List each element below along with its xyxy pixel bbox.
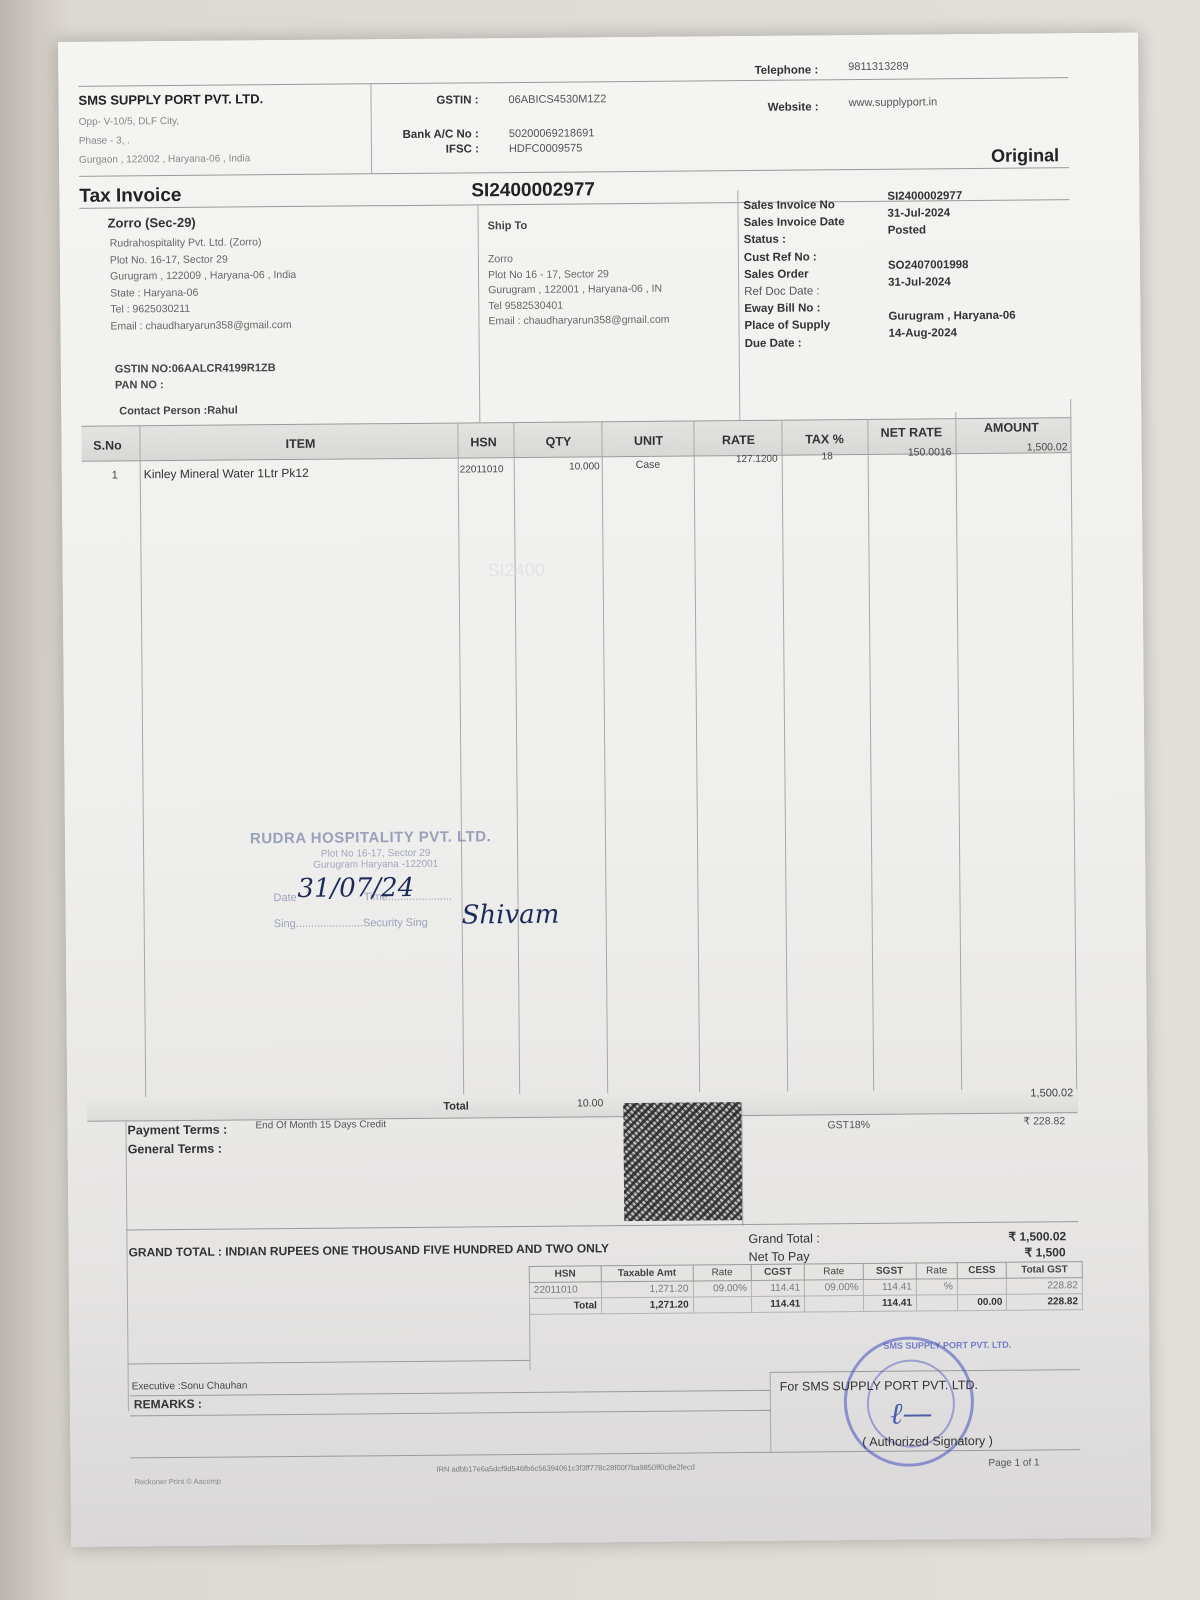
gst-rate-label: GST18%	[827, 1119, 870, 1131]
company-address-line: Opp- V-10/5, DLF City,	[79, 111, 250, 131]
ship-to-email: Email : chaudharyarun358@gmail.com	[488, 313, 669, 330]
meta-label: Due Date :	[745, 335, 846, 353]
company-telephone: 9811313289	[848, 61, 908, 74]
qr-code	[623, 1102, 742, 1221]
gst-cell: 1,271.20	[601, 1281, 693, 1298]
sales-order: SO2407001998	[888, 256, 1015, 274]
status-value: Posted	[888, 222, 1015, 240]
gst-col-rate: Rate	[916, 1263, 957, 1279]
qr-divider	[741, 1102, 743, 1226]
handwritten-date: 31/07/24	[297, 873, 414, 904]
gst-cell: 09.00%	[693, 1280, 752, 1297]
net-to-pay-value: ₹ 1,500	[1025, 1245, 1066, 1259]
meta-label: Cust Ref No :	[744, 249, 845, 267]
col-qty: QTY	[515, 434, 601, 449]
ship-to-line: Plot No 16 - 17, Sector 29	[488, 266, 669, 283]
receiving-stamp-company: RUDRA HOSPITALITY PVT. LTD.	[250, 828, 491, 847]
gst-total-cell: 114.41	[863, 1295, 916, 1311]
payment-terms-value: End Of Month 15 Days Credit	[255, 1119, 386, 1131]
general-terms-label: General Terms :	[128, 1142, 222, 1157]
bank-account: 50200069218691	[509, 127, 595, 140]
bleed-through: SI2400	[488, 560, 545, 581]
col-divider	[693, 420, 700, 1092]
meta-label: Sales Invoice No	[743, 197, 844, 215]
meta-label: Status :	[744, 232, 845, 250]
ship-to-line: Zorro	[488, 251, 669, 268]
invoice-meta-labels: Sales Invoice No Sales Invoice Date Stat…	[743, 197, 845, 353]
bill-to-name: Zorro (Sec-29)	[108, 215, 196, 231]
receiving-stamp-address: Plot No 16-17, Sector 29 Gurugram Haryan…	[313, 848, 438, 871]
company-address: Opp- V-10/5, DLF City, Phase - 3, . Gurg…	[79, 111, 251, 169]
bill-to-line: Rudrahospitality Pvt. Ltd. (Zorro)	[110, 234, 296, 252]
ship-to-address: Zorro Plot No 16 - 17, Sector 29 Gurugra…	[488, 251, 670, 330]
company-gstin: 06ABICS4530M1Z2	[508, 93, 606, 106]
gst-total-cell: 1,271.20	[601, 1297, 693, 1314]
print-credit: Reckoner Print © Aacomp	[135, 1477, 221, 1487]
gst-col-rate: Rate	[693, 1264, 752, 1281]
bank-label: Bank A/C No :	[379, 128, 479, 141]
col-amount: AMOUNT	[955, 420, 1067, 435]
sales-invoice-no: SI2400002977	[887, 188, 1014, 206]
col-tax: TAX %	[781, 432, 867, 447]
date-label: Date	[273, 892, 296, 904]
for-company: For SMS SUPPLY PORT PVT. LTD.	[780, 1378, 978, 1394]
table-right-border	[1070, 399, 1077, 1113]
gst-col-taxable: Taxable Amt	[601, 1265, 693, 1282]
company-seal-text: SMS SUPPLY PORT PVT. LTD.	[883, 1340, 1011, 1351]
net-to-pay-label: Net To Pay	[749, 1249, 810, 1264]
gst-total-cell	[916, 1295, 957, 1311]
copy-type: Original	[991, 145, 1059, 167]
col-unit: UNIT	[603, 433, 693, 448]
invoice-number-heading: SI2400002977	[471, 179, 595, 202]
remarks-right-border	[770, 1372, 772, 1452]
eway-bill-no	[888, 291, 1015, 309]
ship-to-title: Ship To	[488, 220, 528, 232]
row-unit: Case	[636, 459, 661, 471]
gst-col-rate: Rate	[804, 1264, 863, 1281]
total-amount: 1,500.02	[977, 1087, 1073, 1100]
remarks-label: REMARKS :	[134, 1397, 202, 1412]
col-sno: S.No	[87, 438, 127, 452]
contact-person: Contact Person :Rahul	[119, 404, 238, 417]
gst-cell: 114.41	[751, 1280, 804, 1296]
grand-total-label: Grand Total :	[748, 1231, 819, 1246]
items-total-row: Total 10.00 1,500.02	[87, 1089, 1077, 1122]
col-hsn: HSN	[459, 435, 507, 449]
total-qty: 10.00	[563, 1097, 603, 1109]
tax-invoice: SMS SUPPLY PORT PVT. LTD. Opp- V-10/5, D…	[78, 59, 1068, 68]
ship-to-line: Gurugram , 122001 , Haryana-06 , IN	[488, 282, 669, 299]
col-divider	[513, 422, 520, 1094]
company-address-line: Phase - 3, .	[79, 130, 250, 150]
billto-divider	[477, 204, 480, 422]
ifsc-label: IFSC :	[399, 143, 479, 156]
footer-left-border	[125, 1121, 129, 1411]
gst-total-row: Total 1,271.20 114.41 114.41 00.00 228.8…	[529, 1294, 1082, 1315]
col-divider	[601, 421, 608, 1117]
gst-total-cell	[693, 1296, 752, 1313]
bill-to-pan: PAN NO :	[115, 379, 164, 391]
company-name: SMS SUPPLY PORT PVT. LTD.	[78, 91, 263, 108]
gst-amount: ₹ 228.82	[1023, 1115, 1065, 1127]
gst-cell	[957, 1278, 1006, 1294]
meta-label: Place of Supply	[744, 318, 845, 336]
gst-total-cell: 114.41	[752, 1296, 805, 1312]
bill-to-address: Rudrahospitality Pvt. Ltd. (Zorro) Plot …	[110, 234, 297, 335]
amount-in-words: GRAND TOTAL : INDIAN RUPEES ONE THOUSAND…	[129, 1241, 610, 1259]
gst-col-cess: CESS	[957, 1262, 1006, 1278]
invoice-meta-values: SI2400002977 31-Jul-2024 Posted SO240700…	[887, 188, 1016, 344]
payment-terms-label: Payment Terms :	[127, 1123, 227, 1138]
row-item: Kinley Mineral Water 1Ltr Pk12	[144, 466, 309, 481]
bill-to-email: Email : chaudharyarun358@gmail.com	[110, 316, 296, 334]
gst-cell: 09.00%	[805, 1280, 864, 1297]
total-label: Total	[443, 1100, 469, 1112]
row-net-rate: 150.0016	[872, 446, 952, 459]
row-qty: 10.000	[552, 461, 600, 472]
row-hsn: 22011010	[460, 464, 504, 475]
bill-to-line: State : Haryana-06	[110, 283, 296, 301]
bill-to-gstin: GSTIN NO:06AALCR4199R1ZB	[115, 362, 276, 375]
gst-col-total: Total GST	[1007, 1262, 1083, 1279]
invoice-paper: SMS SUPPLY PORT PVT. LTD. Opp- V-10/5, D…	[58, 33, 1151, 1547]
row-sno: 1	[112, 469, 118, 481]
col-net-rate: NET RATE	[867, 425, 955, 440]
place-of-supply: Gurugram , Haryana-06	[888, 308, 1015, 326]
col-item: ITEM	[141, 436, 459, 453]
meta-label: Sales Invoice Date	[744, 214, 845, 232]
gst-breakdown-table: HSN Taxable Amt Rate CGST Rate SGST Rate…	[529, 1261, 1083, 1315]
bill-to-line: Tel : 9625030211	[110, 300, 296, 318]
shipto-divider	[737, 190, 740, 420]
header-vdivider	[370, 83, 372, 173]
bill-to-line: Plot No. 16-17, Sector 29	[110, 250, 296, 268]
due-date: 14-Aug-2024	[889, 325, 1016, 343]
meta-label: Ref Doc Date :	[744, 283, 845, 301]
gst-cell: 228.82	[1007, 1278, 1083, 1295]
gst-col-sgst: SGST	[863, 1263, 916, 1279]
footer-divider	[128, 1360, 530, 1365]
table-row: 1 Kinley Mineral Water 1Ltr Pk12 2201101…	[78, 59, 1068, 68]
bill-to-line: Gurugram , 122009 , Haryana-06 , India	[110, 267, 296, 285]
gst-cell: %	[916, 1279, 957, 1295]
gst-col-cgst: CGST	[751, 1264, 804, 1280]
page-number: Page 1 of 1	[988, 1457, 1039, 1468]
ifsc-code: HDFC0009575	[509, 142, 582, 155]
meta-label: Eway Bill No :	[744, 300, 845, 318]
row-tax: 18	[822, 451, 833, 462]
grand-total-value: ₹ 1,500.02	[1008, 1229, 1066, 1244]
document-title: Tax Invoice	[79, 185, 181, 208]
gst-total-cell	[805, 1296, 864, 1313]
summary-divider	[126, 1221, 1078, 1230]
gst-cell: 114.41	[863, 1279, 916, 1295]
company-address-line: Gurgaon , 122002 , Haryana-06 , India	[79, 149, 250, 169]
telephone-label: Telephone :	[718, 64, 818, 77]
gst-total-cell: 228.82	[1007, 1294, 1083, 1311]
sales-invoice-date: 31-Jul-2024	[887, 205, 1014, 223]
authorized-signatory: ( Authorized Signatory )	[862, 1434, 993, 1449]
irn-number: IRN adbb17e6a5dcf9d546fb6c56394061c3f3ff…	[436, 1462, 694, 1473]
row-rate: 127.1200	[702, 454, 778, 466]
authorized-signature-scribble: ℓ—	[890, 1396, 933, 1431]
handwritten-signature: Shivam	[462, 900, 560, 931]
company-website: www.supplyport.in	[849, 96, 938, 109]
executive-name: Executive :Sonu Chauhan	[132, 1380, 248, 1392]
top-border	[78, 77, 1068, 87]
col-divider	[781, 420, 788, 1092]
remarks-line	[130, 1410, 770, 1417]
gst-cell: 22011010	[529, 1282, 601, 1299]
row-amount: 1,500.02	[972, 441, 1068, 454]
col-divider	[867, 419, 874, 1091]
gst-col-hsn: HSN	[529, 1266, 601, 1283]
gstin-label: GSTIN :	[398, 94, 478, 107]
meta-label: Sales Order	[744, 266, 845, 284]
cust-ref-no	[888, 239, 1015, 257]
col-divider	[955, 412, 962, 1090]
gst-total-cell: Total	[529, 1298, 601, 1315]
ref-doc-date: 31-Jul-2024	[888, 273, 1015, 291]
col-rate: RATE	[695, 433, 781, 448]
header-divider	[79, 167, 1069, 177]
receiving-stamp-line: Gurugram Haryana -122001	[313, 859, 438, 871]
col-divider	[457, 423, 464, 1095]
website-label: Website :	[719, 101, 819, 114]
sing-label: Sing......................Security Sing	[274, 917, 428, 930]
ship-to-line: Tel 9582530401	[488, 297, 669, 314]
col-divider	[139, 425, 146, 1097]
gst-total-cell: 00.00	[957, 1294, 1006, 1310]
